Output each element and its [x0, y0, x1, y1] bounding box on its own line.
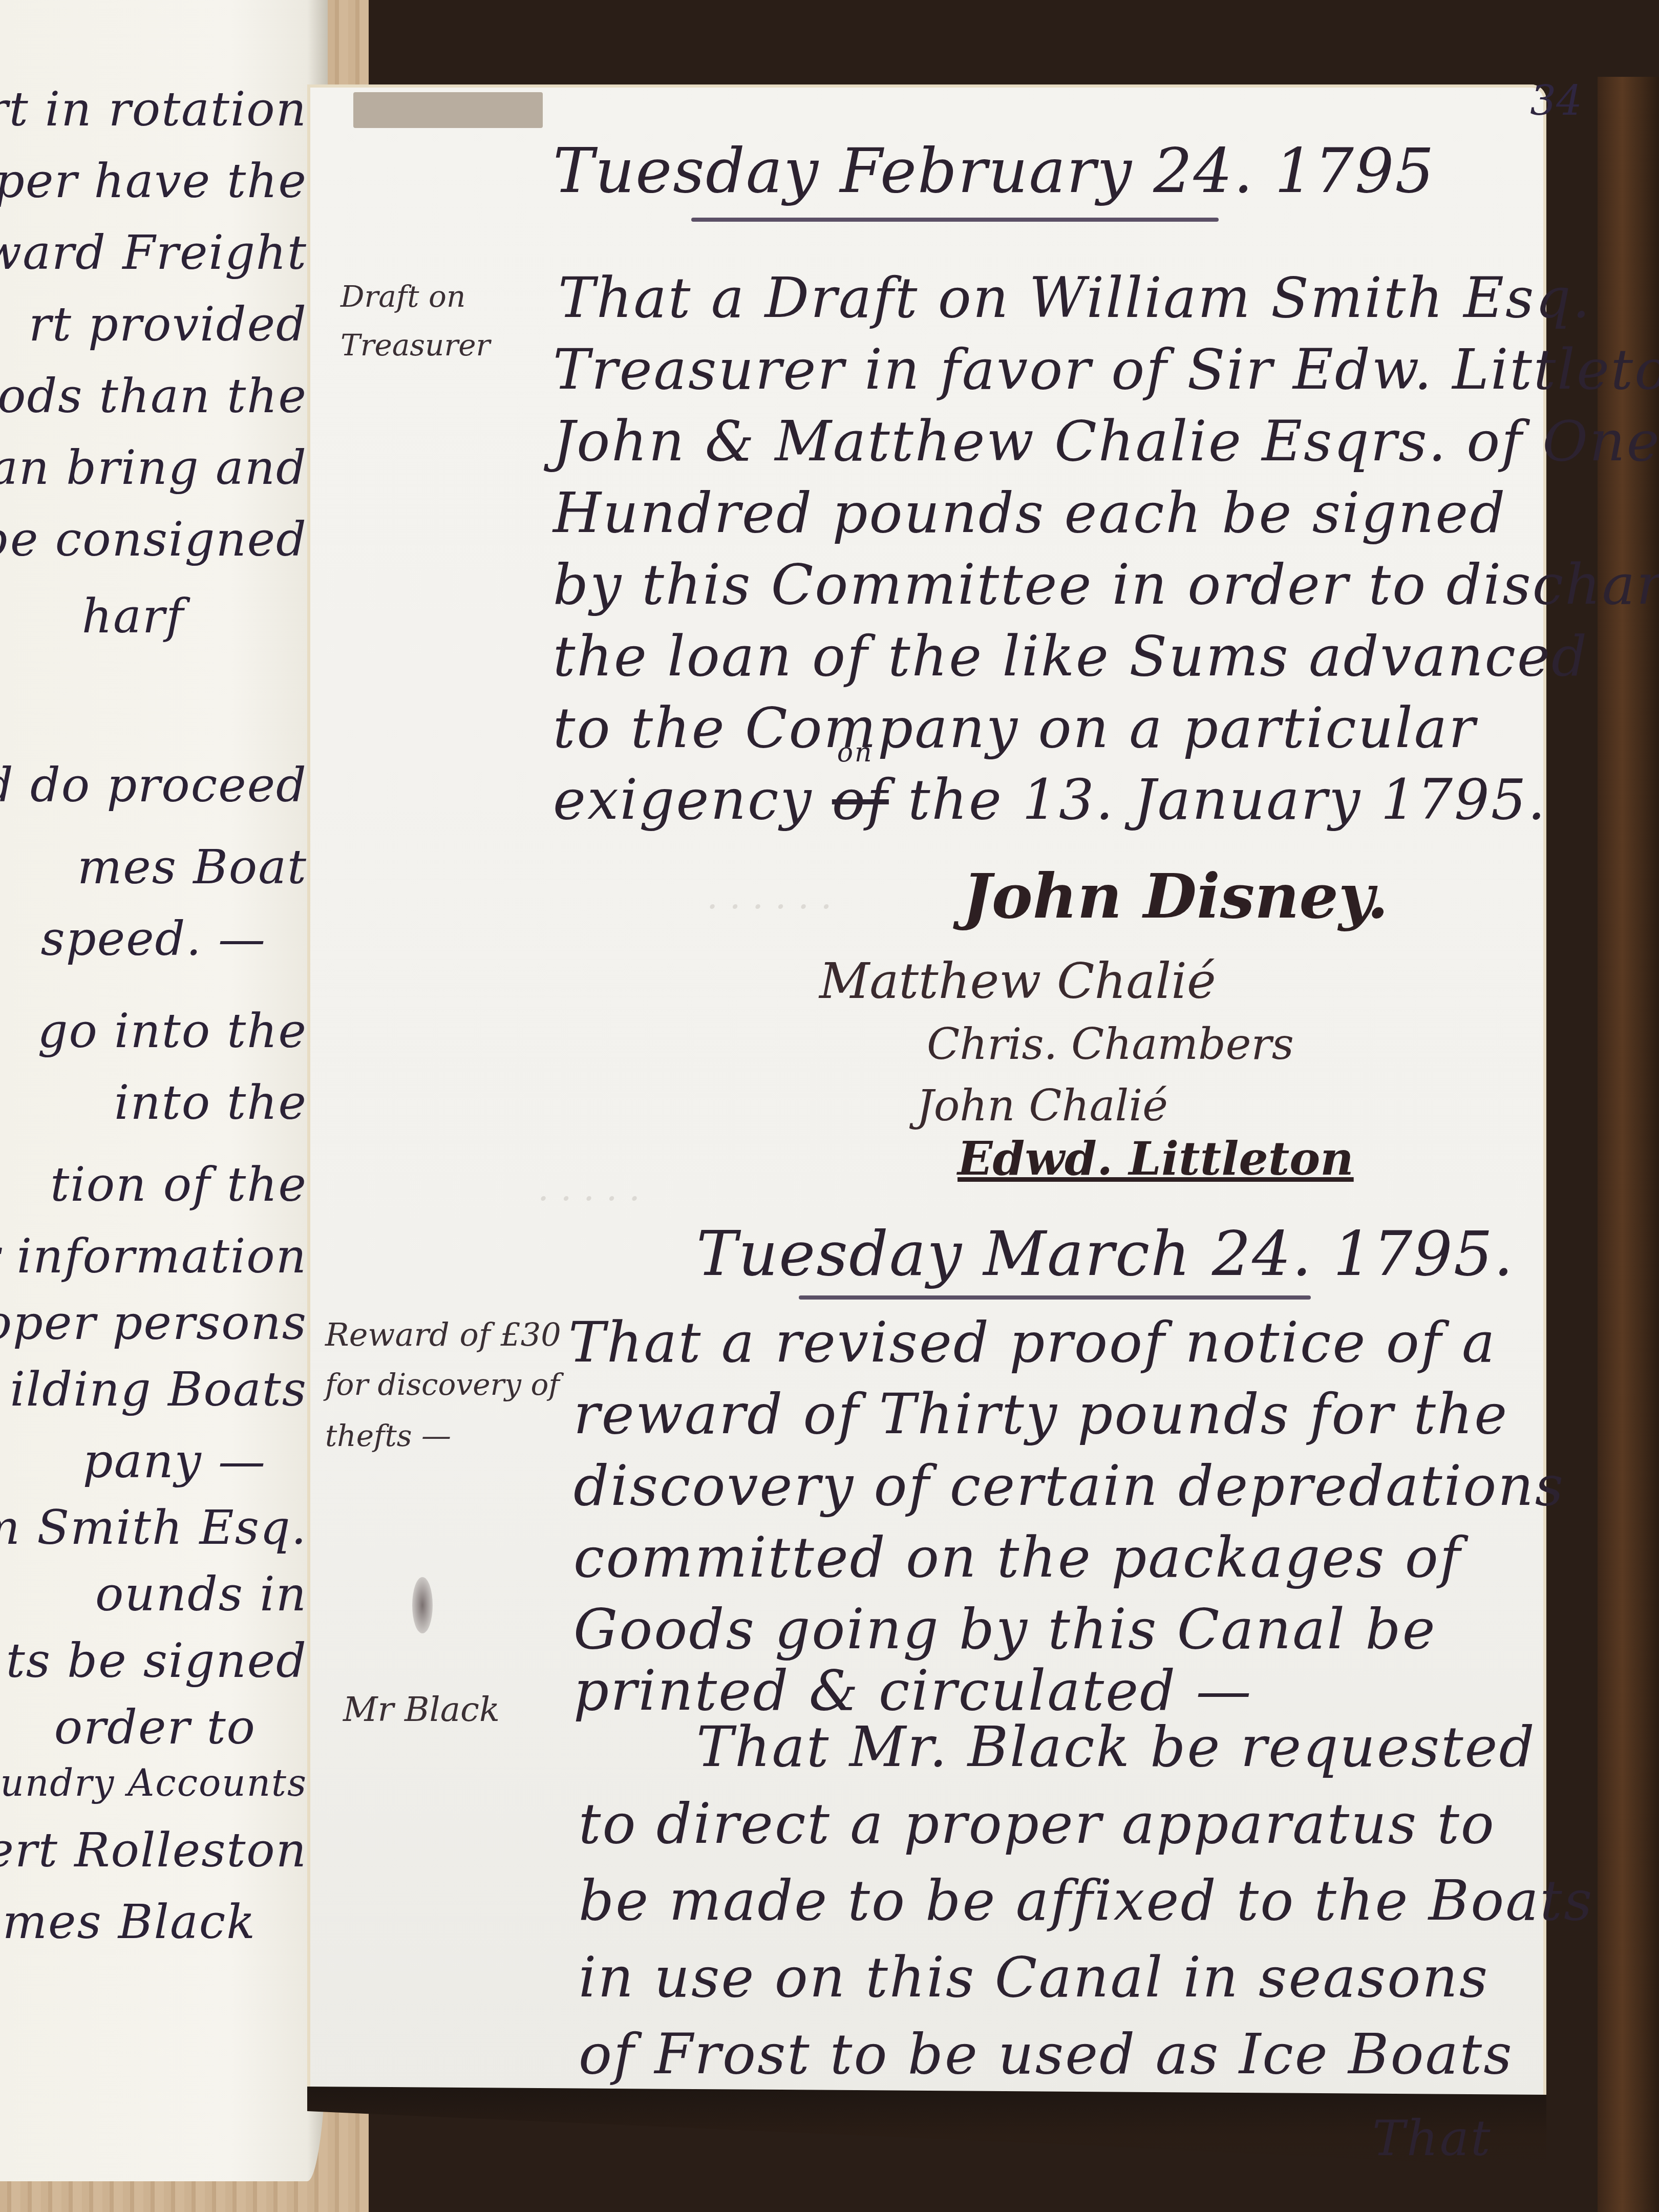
left-line: pany —: [83, 1434, 266, 1488]
bleed-through-text: · · · · · ·: [707, 886, 832, 928]
left-line: rt provided: [29, 297, 307, 352]
entry-line: reward of Thirty pounds for the: [573, 1382, 1508, 1447]
left-line: ilding Boats: [10, 1362, 307, 1417]
left-line: order to: [54, 1700, 256, 1755]
margin-note: Mr Black: [343, 1690, 500, 1729]
left-line: an bring and: [0, 440, 307, 495]
signature: Chris. Chambers: [927, 1019, 1294, 1069]
entry-line: of Frost to be used as Ice Boats: [579, 2023, 1514, 2087]
left-line: go into the: [38, 1004, 307, 1058]
entry-line: printed & circulated —: [573, 1659, 1253, 1723]
left-line: nward Freight: [0, 225, 307, 280]
left-line: mes Black: [3, 1895, 256, 1949]
left-line: Sport in rotation: [0, 82, 307, 137]
signature: John Chalié: [917, 1080, 1168, 1131]
left-line: bert Rolleston: [0, 1823, 307, 1878]
entry-line: discovery of certain depredations: [573, 1454, 1565, 1518]
signature: Matthew Chalié: [819, 952, 1216, 1010]
page-tab: [353, 92, 543, 128]
margin-note: Draft on: [341, 279, 465, 314]
left-page: Sport in rotation per have the nward Fre…: [0, 0, 328, 2181]
interlinear-insertion: on: [837, 737, 874, 768]
entry-line: Hundred pounds each be signed: [553, 481, 1506, 545]
entry-line: John & Matthew Chalie Esqrs. of One: [553, 410, 1659, 474]
entry-line: by this Committee in order to discharge: [553, 553, 1659, 617]
left-line: per have the: [0, 154, 307, 208]
left-line: Wm Smith Esq.: [0, 1500, 307, 1555]
entry-line: That Mr. Black be requested: [696, 1715, 1536, 1779]
bleed-through-text: · · · · ·: [538, 1178, 640, 1220]
entry-line: to the Company on a particular: [553, 696, 1477, 760]
left-line: be consigned: [0, 512, 307, 567]
left-line: ounds in: [95, 1567, 307, 1622]
signature: John Disney.: [963, 860, 1389, 932]
signature: Edwd. Littleton: [958, 1132, 1354, 1186]
left-line: tion of the: [50, 1157, 307, 1212]
entry-line: to direct a proper apparatus to: [579, 1792, 1496, 1856]
entry-line-final: exigency on of the 13. January 1795.: [553, 768, 1547, 832]
left-line: proper persons: [0, 1295, 307, 1350]
left-line: her information: [0, 1229, 307, 1284]
margin-note: thefts —: [325, 1418, 451, 1453]
left-line: speed. —: [41, 911, 266, 966]
entry-date-heading: Tuesday March 24. 1795.: [696, 1219, 1514, 1290]
left-line: into the: [114, 1075, 307, 1130]
catchword: That: [1372, 2110, 1492, 2167]
entry-line: in use on this Canal in seasons: [579, 1946, 1489, 2010]
entry-line: Goods going by this Canal be: [573, 1598, 1437, 1662]
entry-line-prefix: exigency: [553, 768, 813, 832]
entry-line: the loan of the like Sums advanced: [553, 625, 1588, 689]
entry-line: That a Draft on William Smith Esq.: [558, 266, 1591, 330]
ink-blot: [412, 1577, 433, 1633]
left-line: ods than the: [0, 369, 307, 423]
struck-word: of: [832, 768, 889, 832]
left-line: d do proceed: [0, 758, 307, 813]
date-underline: [799, 1295, 1311, 1300]
entry-line: That a revised proof notice of a: [568, 1311, 1496, 1375]
left-line: sundry Accounts: [0, 1761, 307, 1804]
left-line: harf: [82, 589, 184, 644]
entry-date-heading: Tuesday February 24. 1795: [553, 136, 1435, 207]
entry-line: committed on the packages of: [573, 1526, 1462, 1590]
left-line: ts be signed: [6, 1633, 307, 1688]
entry-line-suffix: the 13. January 1795.: [908, 768, 1547, 832]
margin-note: for discovery of: [325, 1367, 560, 1402]
entry-line: Treasurer in favor of Sir Edw. Littleton: [553, 338, 1659, 402]
date-underline: [691, 218, 1219, 222]
left-line: mes Boat: [77, 840, 307, 895]
page-number: 34: [1530, 77, 1582, 124]
margin-note: Reward of £30: [325, 1316, 561, 1353]
entry-line: be made to be affixed to the Boats: [579, 1869, 1593, 1933]
margin-note: Treasurer: [341, 328, 490, 363]
